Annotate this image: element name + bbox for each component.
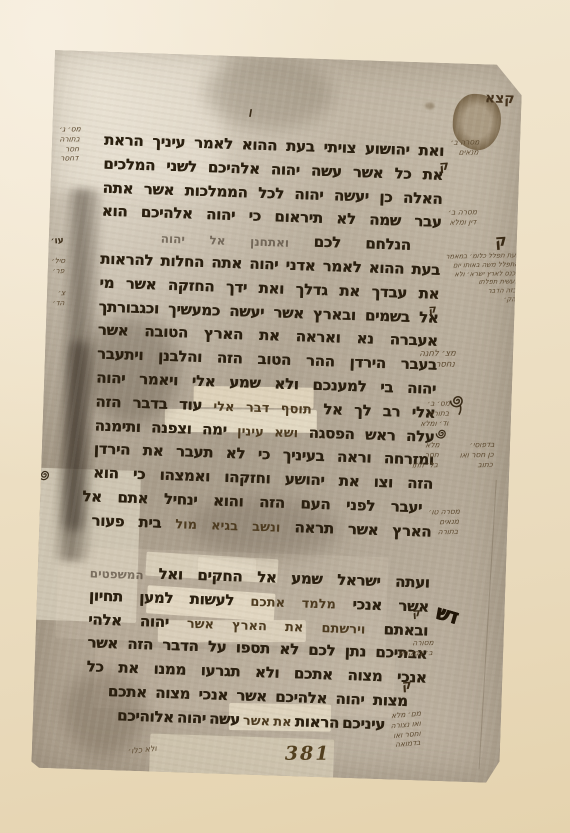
word: האלה bbox=[403, 190, 443, 206]
word: ההר bbox=[306, 354, 335, 370]
word: בעיניך bbox=[282, 448, 324, 464]
word: תספו bbox=[235, 641, 270, 657]
word: יהוה bbox=[407, 381, 436, 397]
word: החלות bbox=[160, 254, 204, 270]
word: הטוב bbox=[257, 352, 291, 368]
word: אל bbox=[82, 489, 102, 505]
word: ואת bbox=[418, 143, 444, 159]
word: כי bbox=[257, 447, 270, 462]
word: על bbox=[208, 640, 227, 656]
word: ובארץ bbox=[313, 306, 356, 322]
masora-spiral-icon bbox=[35, 466, 54, 485]
crease-line bbox=[479, 480, 497, 770]
word: שמע bbox=[291, 571, 323, 587]
word: אשר bbox=[348, 522, 379, 538]
word: כי bbox=[248, 209, 261, 224]
word: אנכי bbox=[352, 597, 382, 613]
word: ההוא bbox=[241, 137, 277, 153]
word: והלבנן bbox=[158, 349, 202, 365]
word: יהוה bbox=[271, 162, 300, 178]
word: מצות bbox=[373, 693, 408, 709]
word: אשר bbox=[353, 165, 384, 181]
word: אשר bbox=[125, 276, 156, 292]
word: ראש bbox=[365, 427, 396, 443]
word: בעת bbox=[286, 139, 315, 155]
word: וראה bbox=[337, 450, 372, 466]
margin-mark-ayin: עו׳ bbox=[50, 236, 64, 247]
word: ההוא bbox=[368, 261, 404, 277]
word: ממנו bbox=[153, 662, 186, 678]
word: כל bbox=[86, 660, 103, 676]
word: תוסף bbox=[281, 402, 312, 416]
word: הארץ bbox=[204, 326, 243, 342]
mem-gloss: מצ׳ לחנה נחסר bbox=[418, 348, 456, 371]
word: אנכי bbox=[198, 687, 228, 703]
word: אשר bbox=[236, 688, 267, 704]
word: לא bbox=[225, 446, 245, 462]
word: הזה bbox=[259, 495, 285, 511]
prayer-gloss: בעת תפלל כלומ׳ במאמר התפלל משה באותו יום… bbox=[429, 251, 520, 306]
word: גדלך bbox=[295, 282, 328, 298]
word: שמע bbox=[229, 375, 261, 391]
word: יהוה bbox=[294, 187, 323, 203]
word: כל bbox=[394, 166, 411, 182]
word: יהוה bbox=[177, 710, 206, 726]
word: את bbox=[339, 283, 360, 299]
word: בדבר bbox=[132, 396, 167, 412]
qof-mark-large: ק bbox=[494, 230, 507, 250]
word: כן bbox=[379, 189, 393, 204]
word: את bbox=[273, 715, 292, 729]
masorah-bamikra-gloss: מסורה ב׳ במקרא bbox=[399, 638, 435, 658]
word: לפני bbox=[346, 498, 375, 514]
word: אלי bbox=[191, 374, 215, 390]
word: צויתי bbox=[323, 140, 356, 156]
ink-stain-small bbox=[425, 102, 434, 109]
qof-mark-flourish: ק bbox=[402, 678, 413, 694]
word: הירדן bbox=[349, 355, 386, 371]
word: אתם bbox=[117, 490, 148, 506]
word: בית bbox=[138, 515, 161, 531]
word: ועתה bbox=[395, 575, 430, 591]
word: לא bbox=[336, 212, 356, 228]
word: אלהיכם bbox=[140, 205, 192, 222]
qof-mark: ק bbox=[428, 302, 437, 316]
word: וצו bbox=[373, 475, 393, 491]
masorah-note-din: מסרה ב׳ דין ומלא bbox=[447, 207, 478, 227]
word: עוד bbox=[179, 397, 203, 413]
word: את bbox=[338, 474, 359, 490]
word: אשר bbox=[243, 714, 271, 728]
word: ואל bbox=[158, 567, 183, 583]
word: לעשות bbox=[189, 592, 234, 608]
word: הזה bbox=[217, 351, 243, 367]
word: מי bbox=[99, 275, 114, 290]
word: תעבר bbox=[176, 445, 214, 461]
word: אתה bbox=[102, 180, 133, 196]
word: ולא bbox=[255, 665, 280, 681]
word: הזה bbox=[407, 476, 433, 492]
word: יהוה bbox=[140, 614, 169, 630]
margin-note-left-top: מס׳ ג׳ בתורה חסר דחסר bbox=[56, 124, 81, 163]
plate-page-number: 381 bbox=[285, 743, 331, 765]
word: הוא bbox=[93, 466, 119, 482]
word: אלי bbox=[213, 400, 235, 414]
masora-spiral-icon bbox=[445, 391, 468, 418]
word: אל bbox=[209, 234, 225, 247]
word: עיניך bbox=[152, 134, 185, 150]
word: ולא bbox=[274, 376, 299, 392]
word: לכם bbox=[313, 235, 341, 251]
word: הוא bbox=[102, 204, 128, 220]
word: אלהי bbox=[88, 612, 122, 628]
word: יהושע bbox=[284, 472, 324, 488]
word: אשר bbox=[273, 305, 304, 321]
word: לא bbox=[279, 642, 299, 658]
word: יעשה bbox=[229, 304, 264, 320]
word: והוא bbox=[213, 493, 244, 509]
word: מול bbox=[175, 518, 197, 532]
word: אשר bbox=[187, 617, 215, 631]
word: הנלחם bbox=[365, 237, 411, 253]
manuscript-photo: קצא ן ואתיהושועצויתיבעתההואלאמרעיניךהראת… bbox=[31, 50, 523, 783]
word: את bbox=[118, 661, 139, 677]
word: החקים bbox=[197, 568, 243, 584]
word: בי bbox=[380, 380, 393, 395]
word: יעבר bbox=[390, 499, 422, 515]
book-page: קצא ן ואתיהושועצויתיבעתההואלאמרעיניךהראת… bbox=[0, 0, 570, 833]
word: את bbox=[142, 444, 163, 460]
word: נתן bbox=[344, 644, 366, 660]
bold-ink-scribble: דש bbox=[433, 600, 460, 630]
word: לאמר bbox=[322, 259, 361, 275]
word: את bbox=[259, 328, 280, 344]
folio-number: קצא bbox=[485, 90, 515, 107]
word: ואת bbox=[258, 281, 284, 297]
word: הטובה bbox=[144, 325, 188, 341]
word: כי bbox=[133, 467, 146, 482]
word: למען bbox=[139, 590, 173, 606]
word: אשר bbox=[98, 323, 129, 339]
word: רב bbox=[382, 404, 400, 420]
word: אשר bbox=[143, 182, 174, 198]
word: ידך bbox=[226, 280, 247, 296]
masorah-note-menaim: מסרה ב׳ מנאים bbox=[449, 137, 480, 157]
word: יהוה bbox=[161, 233, 186, 246]
word: וצפנה bbox=[151, 420, 192, 436]
word: נא bbox=[356, 332, 374, 348]
word: ואראה bbox=[295, 330, 340, 346]
word: יהוה bbox=[249, 257, 278, 273]
bottom-right-gloss: מם׳ מלא ואו נצורה וחסר ואו בדמואה bbox=[390, 709, 421, 751]
word: העם bbox=[300, 496, 330, 512]
word: הירדן bbox=[94, 442, 131, 458]
word: יהושוע bbox=[365, 141, 410, 157]
word: אתכם bbox=[294, 666, 333, 682]
word: הארץ bbox=[392, 523, 431, 539]
word: ויתעבר bbox=[97, 347, 144, 364]
word: יעשה bbox=[334, 188, 369, 204]
masorah-note-tav: מסרה טו׳ מנאים בתורה bbox=[426, 507, 460, 537]
word: ימה bbox=[202, 422, 227, 438]
word: ינחיל bbox=[164, 492, 198, 508]
word: עבר bbox=[414, 214, 442, 230]
word: עבדך bbox=[371, 284, 407, 300]
word: אל bbox=[257, 570, 277, 586]
word: תגרעו bbox=[200, 663, 240, 679]
qof-mark: ק bbox=[439, 159, 450, 175]
word: את bbox=[285, 621, 304, 635]
male-chaser-gloss: מלא חסר בל׳ התו׳ bbox=[409, 440, 441, 470]
word: פעור bbox=[91, 513, 124, 529]
word: לכל bbox=[258, 185, 284, 201]
word: בשמים bbox=[365, 308, 410, 324]
word: ושא bbox=[274, 426, 298, 440]
word: ויאמר bbox=[139, 372, 178, 388]
word: לך bbox=[354, 403, 372, 419]
word: יהוה bbox=[96, 371, 125, 387]
word: מצוה bbox=[347, 668, 382, 684]
word: לאמר bbox=[194, 136, 233, 152]
word: יהוה bbox=[335, 692, 364, 708]
word: תראה bbox=[294, 520, 334, 536]
word: אשר bbox=[87, 636, 118, 652]
word: שמה bbox=[369, 213, 401, 229]
word: אתה bbox=[211, 255, 242, 271]
margin-note-left-low: צ׳ הד׳ bbox=[52, 288, 66, 308]
word: עינין bbox=[237, 425, 264, 439]
word: עשה bbox=[209, 711, 240, 727]
word: בגיא bbox=[211, 519, 238, 533]
word: אתכם bbox=[108, 684, 147, 700]
word: ישראל bbox=[337, 573, 381, 589]
word: הראת bbox=[104, 133, 144, 149]
word: אדני bbox=[285, 258, 315, 274]
word: עשה bbox=[311, 163, 342, 179]
word: ובאתם bbox=[383, 622, 428, 638]
word: מצוה bbox=[155, 686, 190, 702]
word: אל bbox=[323, 402, 343, 418]
word: יהוה bbox=[206, 207, 235, 223]
margin-note-left-mid: סיל׳ פר׳ bbox=[50, 256, 66, 276]
word: דבר bbox=[246, 401, 270, 415]
qof-mark: ק bbox=[412, 606, 421, 620]
word: ונשב bbox=[252, 521, 281, 535]
printed-editions-gloss: בדפוסי׳ כן חסר ואו כתוב bbox=[459, 440, 495, 470]
word: עיניכם bbox=[342, 716, 385, 732]
word: תחיון bbox=[89, 588, 123, 604]
word: לשני bbox=[166, 159, 197, 175]
word: אלוהיכם bbox=[117, 708, 174, 725]
word: הזה bbox=[127, 637, 153, 653]
word: לכם bbox=[308, 643, 336, 659]
word: הדבר bbox=[162, 638, 199, 654]
word: הראות bbox=[295, 714, 340, 730]
word: הזה bbox=[95, 394, 121, 410]
